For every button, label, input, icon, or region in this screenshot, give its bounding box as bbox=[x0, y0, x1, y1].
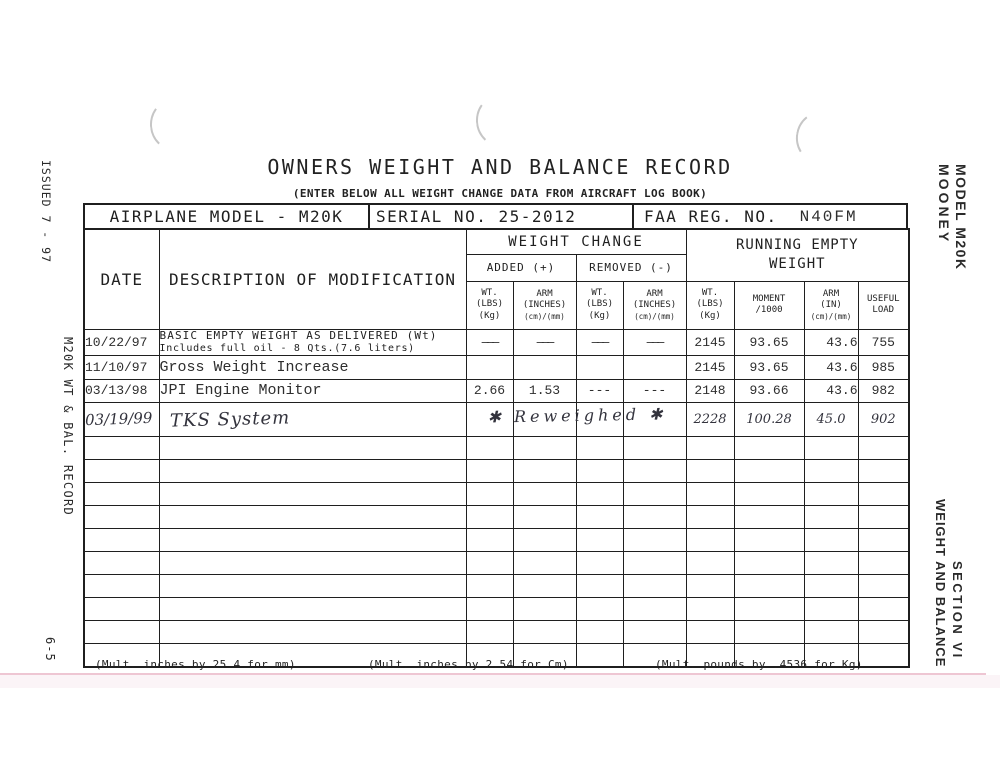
table-row: 11/10/97 Gross Weight Increase 2145 93.6… bbox=[84, 355, 909, 379]
date-cell: 11/10/97 bbox=[84, 355, 159, 379]
scanned-page: OWNERS WEIGHT AND BALANCE RECORD (ENTER … bbox=[0, 0, 1000, 773]
running-empty-weight-header-cell: RUNNING EMPTY WEIGHT bbox=[686, 229, 909, 281]
serial-no-cell: SERIAL NO. 25-2012 bbox=[368, 205, 632, 228]
description-cell: JPI Engine Monitor bbox=[159, 379, 466, 402]
moment-cell: 93.65 bbox=[734, 329, 804, 355]
table-row: 03/13/98 JPI Engine Monitor 2.66 1.53 --… bbox=[84, 379, 909, 402]
margin-brand-model: MODEL M20K bbox=[953, 164, 969, 271]
running-wt-cell: 2145 bbox=[686, 329, 734, 355]
running-wt-cell: 2145 bbox=[686, 355, 734, 379]
running-wt-subheader: WT. (LBS) (Kg) bbox=[686, 281, 734, 329]
footnote-cm: (Mult. inches by 2.54 for Cm) bbox=[368, 658, 569, 671]
margin-brand-mooney: MOONEY bbox=[936, 164, 952, 244]
removed-arm-subheader: ARM (INCHES) (cm)/(mm) bbox=[623, 281, 686, 329]
removed-arm-cell: ——— bbox=[623, 329, 686, 355]
table-row bbox=[84, 528, 909, 551]
removed-arm-cell: --- bbox=[623, 379, 686, 402]
added-arm-subheader: ARM (INCHES) (cm)/(mm) bbox=[513, 281, 576, 329]
punch-hole-arc bbox=[474, 94, 523, 148]
running-wt-cell: 2228 bbox=[686, 402, 734, 436]
table-row bbox=[84, 482, 909, 505]
doc-title: OWNERS WEIGHT AND BALANCE RECORD bbox=[0, 155, 1000, 179]
useful-load-subheader: USEFUL LOAD bbox=[858, 281, 909, 329]
running-arm-cell: 43.6 bbox=[804, 355, 858, 379]
added-wt-cell: 2.66 bbox=[466, 379, 513, 402]
added-header-cell: ADDED (+) bbox=[466, 254, 576, 281]
removed-arm-cell bbox=[623, 355, 686, 379]
footnote-mm: (Mult. inches by 25.4 for mm) bbox=[95, 658, 296, 671]
running-wt-cell: 2148 bbox=[686, 379, 734, 402]
faa-reg-cell: FAA REG. NO. N40FM bbox=[632, 205, 906, 228]
moment-cell: 93.65 bbox=[734, 355, 804, 379]
useful-load-cell: 985 bbox=[858, 355, 909, 379]
table-row bbox=[84, 459, 909, 482]
table-row bbox=[84, 574, 909, 597]
useful-load-cell: 902 bbox=[858, 402, 909, 436]
handwritten-reweighed-note: ✱ Reweighed ✱ bbox=[468, 404, 684, 427]
added-wt-cell: ✱ Reweighed ✱ bbox=[466, 402, 513, 436]
date-header-cell: DATE bbox=[84, 229, 159, 329]
running-arm-cell: 45.0 bbox=[804, 402, 858, 436]
faa-reg-value: N40FM bbox=[800, 208, 858, 226]
page-edge-band bbox=[0, 675, 1000, 688]
useful-load-cell: 982 bbox=[858, 379, 909, 402]
footnote-kg: (Mult. pounds by .4536 for Kg) bbox=[655, 658, 863, 671]
date-cell: 03/13/98 bbox=[84, 379, 159, 402]
moment-cell: 93.66 bbox=[734, 379, 804, 402]
description-cell: BASIC EMPTY WEIGHT AS DELIVERED (Wt) Inc… bbox=[159, 329, 466, 355]
doc-subtitle: (ENTER BELOW ALL WEIGHT CHANGE DATA FROM… bbox=[0, 187, 1000, 200]
faa-reg-label: FAA REG. NO. bbox=[644, 207, 778, 226]
moment-cell: 100.28 bbox=[734, 402, 804, 436]
added-wt-cell: ——— bbox=[466, 329, 513, 355]
weight-balance-table: DATE DESCRIPTION OF MODIFICATION WEIGHT … bbox=[83, 228, 910, 668]
added-wt-cell bbox=[466, 355, 513, 379]
date-cell: 03/19/99 bbox=[84, 402, 159, 436]
running-arm-cell: 43.6 bbox=[804, 379, 858, 402]
table-row: 03/19/99 TKS System ✱ Reweighed ✱ 2228 1… bbox=[84, 402, 909, 436]
added-arm-cell: 1.53 bbox=[513, 379, 576, 402]
airplane-model-cell: AIRPLANE MODEL - M20K bbox=[85, 205, 368, 228]
margin-section-number: SECTION VI bbox=[950, 561, 965, 660]
table-row bbox=[84, 597, 909, 620]
removed-wt-cell: ——— bbox=[576, 329, 623, 355]
useful-load-cell: 755 bbox=[858, 329, 909, 355]
description-header-cell: DESCRIPTION OF MODIFICATION bbox=[159, 229, 466, 329]
table-row: 10/22/97 BASIC EMPTY WEIGHT AS DELIVERED… bbox=[84, 329, 909, 355]
removed-wt-subheader: WT. (LBS) (Kg) bbox=[576, 281, 623, 329]
moment-subheader: MOMENT /1000 bbox=[734, 281, 804, 329]
running-header-line1: RUNNING EMPTY bbox=[687, 236, 909, 255]
weight-change-header-cell: WEIGHT CHANGE bbox=[466, 229, 686, 254]
punch-hole-arc bbox=[148, 98, 196, 152]
table-row bbox=[84, 551, 909, 574]
added-wt-subheader: WT. (LBS) (Kg) bbox=[466, 281, 513, 329]
margin-issued-date: ISSUED 7 - 97 bbox=[39, 160, 53, 263]
margin-section-title: WEIGHT AND BALANCE bbox=[933, 499, 948, 667]
table-row bbox=[84, 620, 909, 643]
margin-page-number: 6-5 bbox=[43, 637, 57, 662]
running-arm-subheader: ARM (IN) (cm)/(mm) bbox=[804, 281, 858, 329]
margin-record-title: M20K WT & BAL. RECORD bbox=[61, 337, 75, 516]
description-cell: TKS System bbox=[159, 402, 466, 436]
removed-header-cell: REMOVED (-) bbox=[576, 254, 686, 281]
info-bar: AIRPLANE MODEL - M20K SERIAL NO. 25-2012… bbox=[83, 203, 908, 230]
table-row bbox=[84, 505, 909, 528]
removed-wt-cell: --- bbox=[576, 379, 623, 402]
running-arm-cell: 43.6 bbox=[804, 329, 858, 355]
running-header-line2: WEIGHT bbox=[687, 255, 909, 274]
description-cell: Gross Weight Increase bbox=[159, 355, 466, 379]
added-arm-cell bbox=[513, 355, 576, 379]
added-arm-cell: ——— bbox=[513, 329, 576, 355]
date-cell: 10/22/97 bbox=[84, 329, 159, 355]
table-row bbox=[84, 436, 909, 459]
removed-wt-cell bbox=[576, 355, 623, 379]
